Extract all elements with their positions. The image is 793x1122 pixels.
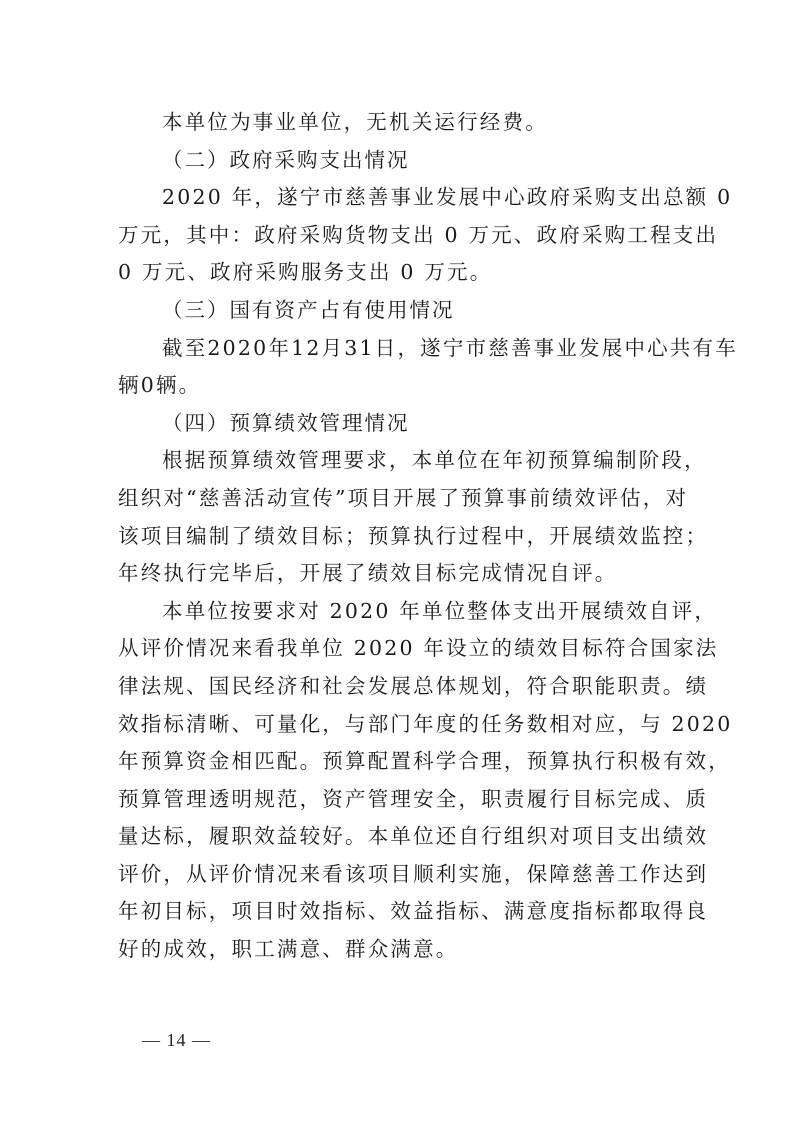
paragraph-line: 效指标清晰、可量化，与部门年度的任务数相对应，与 2020 [118, 706, 674, 744]
paragraph-line: 年终执行完毕后，开展了绩效目标完成情况自评。 [118, 555, 674, 593]
paragraph-line: 2020 年，遂宁市慈善事业发展中心政府采购支出总额 0 [118, 179, 674, 217]
paragraph-line: 好的成效，职工满意、群众满意。 [118, 931, 674, 969]
paragraph-line: 评价，从评价情况来看该项目顺利实施，保障慈善工作达到 [118, 856, 674, 894]
section-heading-state-assets: （三）国有资产占有使用情况 [118, 292, 674, 330]
paragraph-line: 本单位为事业单位，无机关运行经费。 [118, 104, 674, 142]
paragraph-line: 年预算资金相匹配。预算配置科学合理，预算执行积极有效， [118, 743, 674, 781]
paragraph-line: 量达标，履职效益较好。本单位还自行组织对项目支出绩效 [118, 818, 674, 856]
paragraph-line: 年初目标，项目时效指标、效益指标、满意度指标都取得良 [118, 893, 674, 931]
paragraph-line: 预算管理透明规范，资产管理安全，职责履行目标完成、质 [118, 781, 674, 819]
paragraph-line: 根据预算绩效管理要求，本单位在年初预算编制阶段， [118, 442, 674, 480]
paragraph-line: 该项目编制了绩效目标；预算执行过程中，开展绩效监控； [118, 518, 674, 556]
paragraph-line: 万元，其中：政府采购货物支出 0 万元、政府采购工程支出 [118, 217, 674, 255]
paragraph-line: 组织对“慈善活动宣传”项目开展了预算事前绩效评估，对 [118, 480, 674, 518]
paragraph-line: 本单位按要求对 2020 年单位整体支出开展绩效自评， [118, 593, 674, 631]
section-heading-government-procurement: （二）政府采购支出情况 [118, 142, 674, 180]
document-page: 本单位为事业单位，无机关运行经费。 （二）政府采购支出情况 2020 年，遂宁市… [118, 104, 674, 969]
paragraph-line: 截至2020年12月31日，遂宁市慈善事业发展中心共有车 [118, 330, 674, 368]
paragraph-line: 律法规、国民经济和社会发展总体规划，符合职能职责。绩 [118, 668, 674, 706]
paragraph-line: 从评价情况来看我单位 2020 年设立的绩效目标符合国家法 [118, 630, 674, 668]
page-number: — 14 — [142, 1030, 211, 1051]
paragraph-line: 0 万元、政府采购服务支出 0 万元。 [118, 254, 674, 292]
section-heading-performance-management: （四）预算绩效管理情况 [118, 405, 674, 443]
paragraph-line: 辆0辆。 [118, 367, 674, 405]
